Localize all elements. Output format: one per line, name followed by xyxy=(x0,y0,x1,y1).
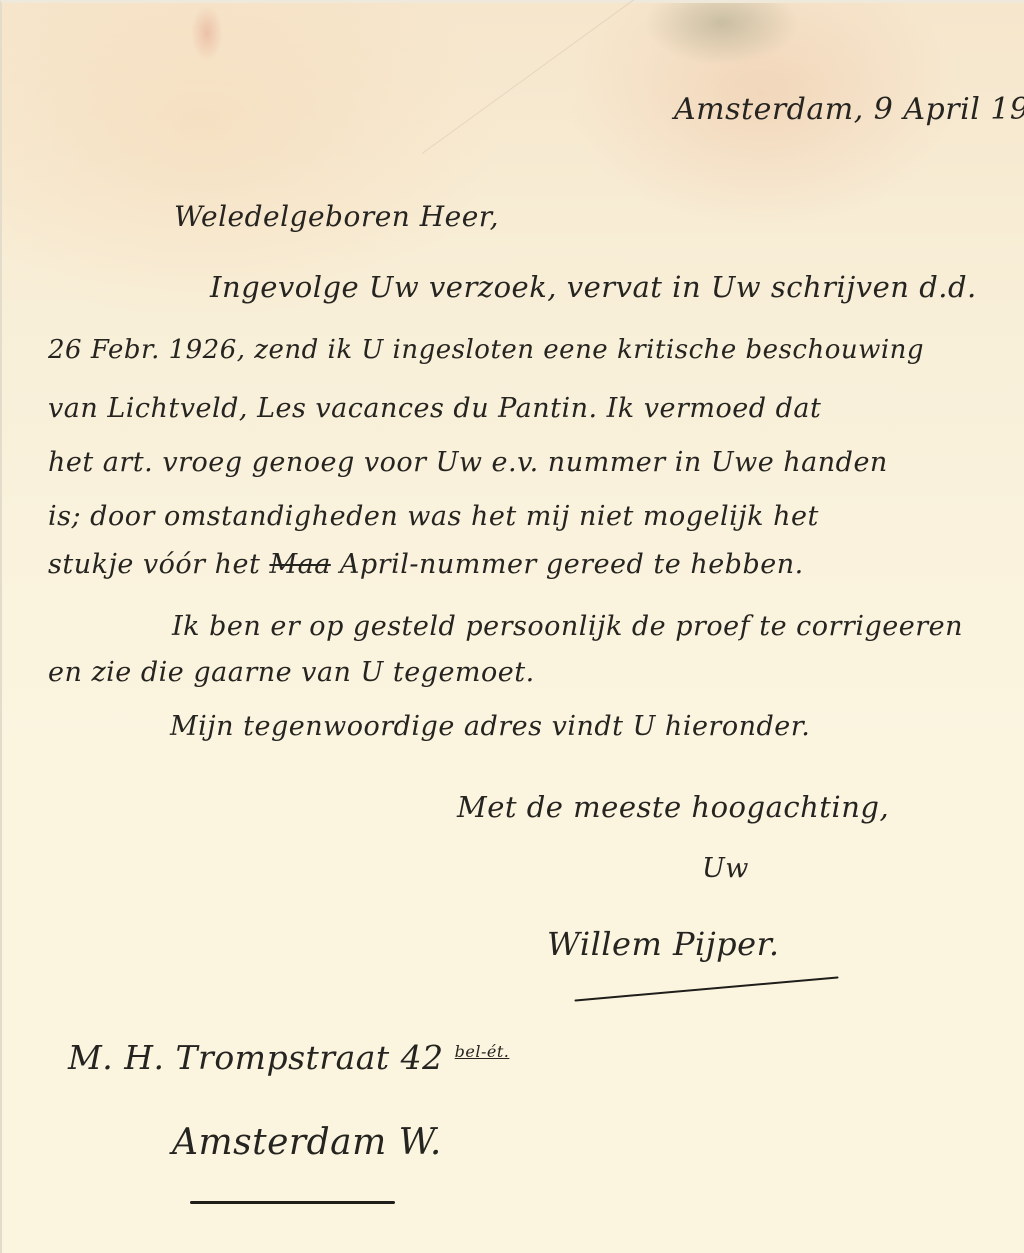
address-street: M. H. Trompstraat 42 bel-ét. xyxy=(68,1041,509,1074)
closing-uw: Uw xyxy=(702,855,749,882)
letter-page: Amsterdam, 9 April 1926 Weledelgeboren H… xyxy=(0,0,1024,1253)
signature-underline xyxy=(574,976,838,1001)
body-line-2: 26 Febr. 1926, zend ik U ingesloten eene… xyxy=(48,337,924,363)
para2-line-2: en zie die gaarne van U tegemoet. xyxy=(48,659,535,686)
body-line-6-end: April-nummer gereed te hebben. xyxy=(331,549,804,580)
struck-word: Maa xyxy=(269,549,330,580)
body-line-1: Ingevolge Uw verzoek, vervat in Uw schri… xyxy=(210,273,977,302)
body-line-6-start: stukje vóór het xyxy=(48,549,269,580)
address-city: Amsterdam W. xyxy=(172,1125,442,1161)
salutation: Weledelgeboren Heer, xyxy=(174,203,499,231)
para3: Mijn tegenwoordige adres vindt U hierond… xyxy=(170,713,810,740)
place-date: Amsterdam, 9 April 1926 xyxy=(674,95,1024,125)
address-street-text: M. H. Trompstraat 42 xyxy=(68,1038,444,1077)
paper-crease xyxy=(422,0,989,154)
closing: Met de meeste hoogachting, xyxy=(457,793,889,822)
body-line-3: van Lichtveld, Les vacances du Pantin. I… xyxy=(48,395,821,422)
body-line-4: het art. vroeg genoeg voor Uw e.v. numme… xyxy=(48,449,888,476)
para2-line-1: Ik ben er op gesteld persoonlijk de proe… xyxy=(172,613,963,640)
body-line-6: stukje vóór het Maa April-nummer gereed … xyxy=(48,551,804,578)
address-underline xyxy=(190,1201,395,1204)
address-floor-note: bel-ét. xyxy=(455,1042,510,1061)
signature: Willem Pijper. xyxy=(547,928,780,960)
body-line-5: is; door omstandigheden was het mij niet… xyxy=(48,503,819,530)
